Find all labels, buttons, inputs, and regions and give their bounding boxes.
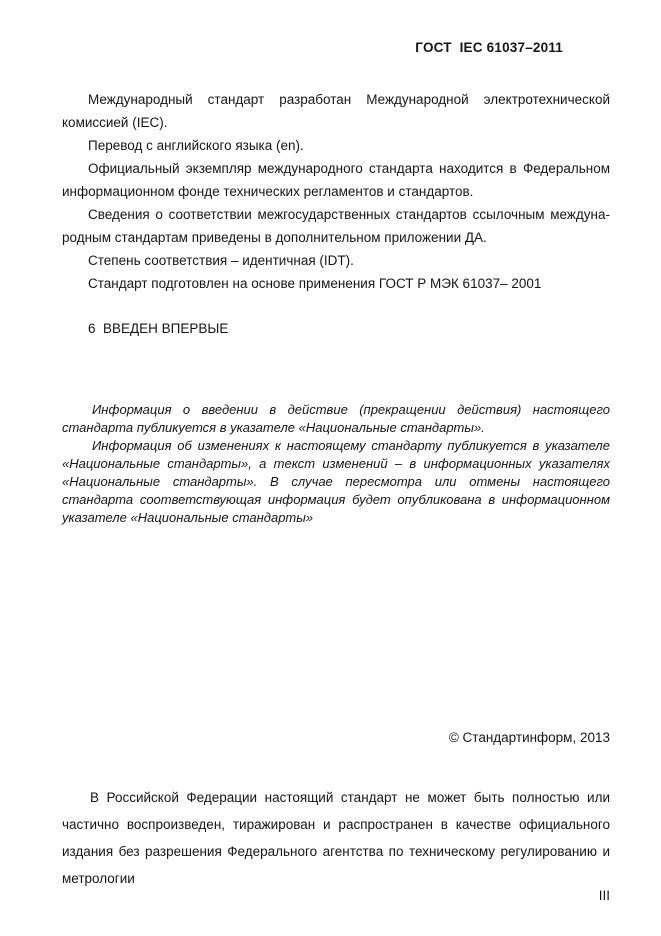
foreword-paragraph: Международный стандарт разработан Междун… (62, 88, 610, 134)
page-number: III (62, 884, 610, 907)
document-page: ГОСТ IEC 61037–2011 Международный станда… (0, 0, 661, 936)
foreword-paragraph: Степень соответствия – идентичная (IDT). (62, 249, 610, 272)
copyright-line: © Стандартинформ, 2013 (62, 726, 610, 749)
foreword-paragraph: Сведения о соответствии межгосударственн… (62, 203, 610, 249)
running-header: ГОСТ IEC 61037–2011 (0, 36, 563, 59)
note-paragraph: Информация об изменениях к настоящему ст… (62, 437, 610, 527)
clause-6-heading: 6 ВВЕДЕН ВПЕРВЫЕ (62, 317, 610, 340)
reproduction-notice: В Российской Федерации настоящий стандар… (62, 784, 610, 892)
foreword-section: Международный стандарт разработан Междун… (62, 88, 610, 340)
standard-info-notes: Информация о введении в действие (прекра… (62, 401, 610, 527)
foreword-paragraph: Официальный экземпляр международного ста… (62, 157, 610, 203)
foreword-paragraph: Стандарт подготовлен на основе применени… (62, 272, 610, 295)
foreword-paragraph: Перевод с английского языка (en). (62, 134, 610, 157)
note-paragraph: Информация о введении в действие (прекра… (62, 401, 610, 437)
